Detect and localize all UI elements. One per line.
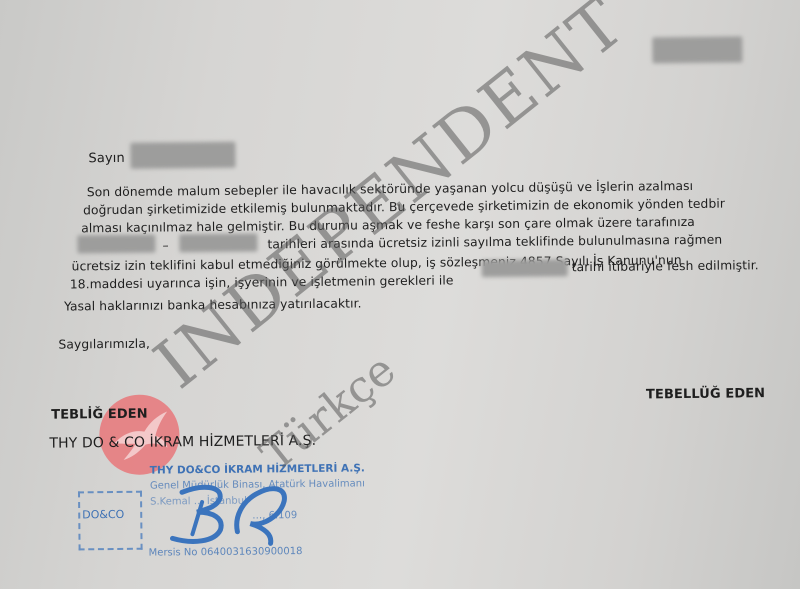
salutation: Sayın (88, 151, 124, 166)
redacted-date-start (77, 235, 155, 254)
date-range-dash: – (162, 238, 168, 252)
recipient-label: TEBELLÜĞ EDEN (646, 386, 765, 402)
redacted-termination-date (482, 259, 568, 277)
signature-scribble (162, 471, 303, 552)
redacted-date-end (179, 233, 257, 252)
closing: Saygılarımızla, (58, 337, 150, 352)
notifier-label: TEBLİĞ EDEN (51, 407, 148, 423)
letter-page: Sayın Son dönemde malum sebepler ile hav… (0, 0, 800, 589)
redacted-recipient-name (130, 142, 235, 169)
redacted-header-ref (652, 36, 742, 63)
paragraph-line-7: tarihi itibariyle fesh edilmiştir. (572, 258, 759, 274)
watermark-sub: Türkçe (251, 344, 405, 481)
stamp-box-label: DO&CO (82, 508, 124, 521)
